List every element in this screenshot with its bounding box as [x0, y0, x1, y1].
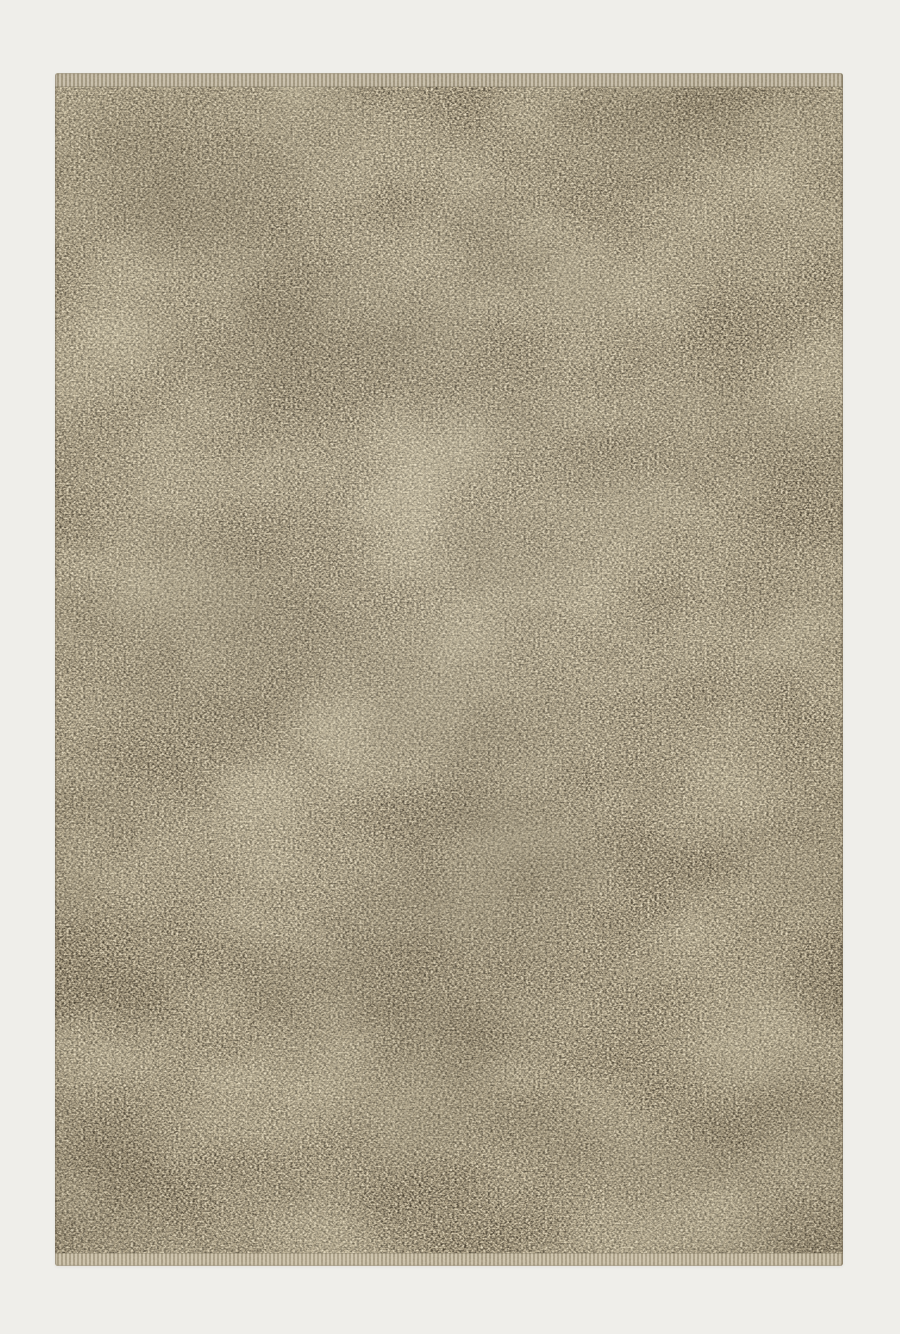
rug-texture [55, 73, 843, 1266]
rug-dark-patch-layer [55, 73, 843, 1266]
studio-background [0, 0, 900, 1334]
rug-product-image [55, 73, 843, 1266]
